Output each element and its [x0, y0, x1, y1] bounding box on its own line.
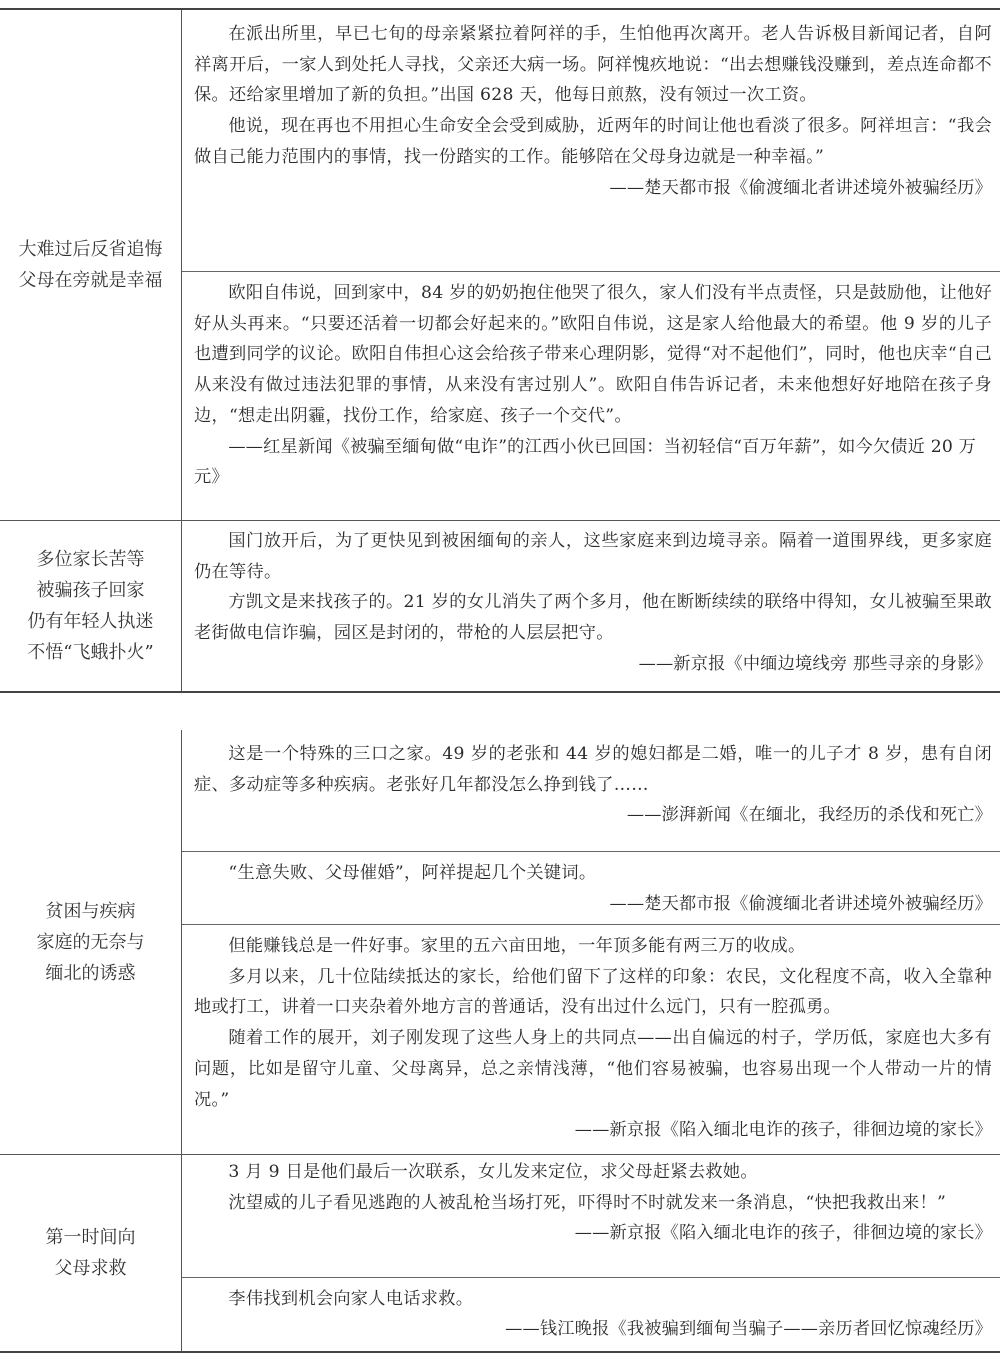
- excerpt-paragraph: 3 月 9 日是他们最后一次联系，女儿发来定位，求父母赶紧去救她。: [194, 1157, 992, 1188]
- excerpt-source: ——新京报《中缅边境线旁 那些寻亲的身影》: [194, 649, 992, 680]
- excerpt-source: ——新京报《陷入缅北电诈的孩子，徘徊边境的家长》: [194, 1115, 992, 1146]
- news-excerpt-table-1: 大难过后反省追悔 父母在旁就是幸福 在派出所里，早已七旬的母亲紧紧拉着阿祥的手，…: [0, 8, 1000, 693]
- label-line: 第一时间向: [46, 1222, 136, 1253]
- excerpt-source: ——新京报《陷入缅北电诈的孩子，徘徊边境的家长》: [194, 1218, 992, 1249]
- label-line: 多位家长苦等: [27, 544, 153, 575]
- news-excerpt-table-2: 贫困与疾病 家庭的无奈与 缅北的诱惑 这是一个特殊的三口之家。49 岁的老张和 …: [0, 730, 1000, 1353]
- excerpt-paragraph: “生意失败、父母催婚”，阿祥提起几个关键词。: [194, 858, 992, 889]
- excerpt-paragraph: 李伟找到机会向家人电话求救。: [194, 1284, 992, 1315]
- section-row: 多位家长苦等 被骗孩子回家 仍有年轻人执迷 不悟“飞蛾扑火” 国门放开后，为了更…: [0, 520, 1000, 691]
- excerpt-cell: 但能赚钱总是一件好事。家里的五六亩田地，一年顶多能有两三万的收成。 多月以来，几…: [182, 924, 1000, 1154]
- excerpt-cell: 在派出所里，早已七旬的母亲紧紧拉着阿祥的手，生怕他再次离开。老人告诉极目新闻记者…: [182, 10, 1000, 271]
- excerpt-cells: 国门放开后，为了更快见到被困缅甸的亲人，这些家庭来到边境寻亲。隔着一道围界线，更…: [182, 521, 1000, 691]
- section-row: 贫困与疾病 家庭的无奈与 缅北的诱惑 这是一个特殊的三口之家。49 岁的老张和 …: [0, 730, 1000, 1154]
- excerpt-cell: 欧阳自伟说，回到家中，84 岁的奶奶抱住他哭了很久，家人们没有半点责怪，只是鼓励…: [182, 271, 1000, 520]
- label-line: 大难过后反省追悔: [19, 234, 163, 265]
- excerpt-paragraph: 在派出所里，早已七旬的母亲紧紧拉着阿祥的手，生怕他再次离开。老人告诉极目新闻记者…: [194, 19, 992, 111]
- label-line: 不悟“飞蛾扑火”: [27, 637, 153, 668]
- excerpt-cells: 3 月 9 日是他们最后一次联系，女儿发来定位，求父母赶紧去救她。 沈望威的儿子…: [182, 1155, 1000, 1351]
- excerpt-cell: “生意失败、父母催婚”，阿祥提起几个关键词。 ——楚天都市报《偷渡缅北者讲述境外…: [182, 851, 1000, 924]
- section-label: 大难过后反省追悔 父母在旁就是幸福: [0, 10, 182, 520]
- section-label: 第一时间向 父母求救: [0, 1155, 182, 1351]
- label-line: 被骗孩子回家: [27, 575, 153, 606]
- label-line: 贫困与疾病: [37, 896, 145, 927]
- label-line: 父母求救: [46, 1253, 136, 1284]
- label-line: 缅北的诱惑: [37, 958, 145, 989]
- excerpt-paragraph: 多月以来，几十位陆续抵达的家长，给他们留下了这样的印象：农民，文化程度不高，收入…: [194, 962, 992, 1023]
- excerpt-cells: 在派出所里，早已七旬的母亲紧紧拉着阿祥的手，生怕他再次离开。老人告诉极目新闻记者…: [182, 10, 1000, 520]
- excerpt-paragraph: 他说，现在再也不用担心生命安全会受到威胁，近两年的时间让他也看淡了很多。阿祥坦言…: [194, 111, 992, 172]
- excerpt-paragraph: 随着工作的展开，刘子刚发现了这些人身上的共同点——出自偏远的村子，学历低，家庭也…: [194, 1023, 992, 1115]
- excerpt-paragraph: 欧阳自伟说，回到家中，84 岁的奶奶抱住他哭了很久，家人们没有半点责怪，只是鼓励…: [194, 278, 992, 432]
- label-line: 家庭的无奈与: [37, 927, 145, 958]
- excerpt-paragraph: 方凯文是来找孩子的。21 岁的女儿消失了两个多月，他在断断续续的联络中得知，女儿…: [194, 587, 992, 648]
- excerpt-cell: 3 月 9 日是他们最后一次联系，女儿发来定位，求父母赶紧去救她。 沈望威的儿子…: [182, 1155, 1000, 1277]
- excerpt-source: ——楚天都市报《偷渡缅北者讲述境外被骗经历》: [194, 889, 992, 920]
- excerpt-paragraph: 沈望威的儿子看见逃跑的人被乱枪当场打死，吓得时不时就发来一条消息，“快把我救出来…: [194, 1188, 992, 1219]
- excerpt-cell: 国门放开后，为了更快见到被困缅甸的亲人，这些家庭来到边境寻亲。隔着一道围界线，更…: [182, 521, 1000, 691]
- excerpt-paragraph: 这是一个特殊的三口之家。49 岁的老张和 44 岁的媳妇都是二婚，唯一的儿子才 …: [194, 739, 992, 800]
- excerpt-cell: 这是一个特殊的三口之家。49 岁的老张和 44 岁的媳妇都是二婚，唯一的儿子才 …: [182, 730, 1000, 851]
- excerpt-cell: 李伟找到机会向家人电话求救。 ——钱江晚报《我被骗到缅甸当骗子——亲历者回忆惊魂…: [182, 1277, 1000, 1351]
- section-row: 第一时间向 父母求救 3 月 9 日是他们最后一次联系，女儿发来定位，求父母赶紧…: [0, 1154, 1000, 1351]
- excerpt-paragraph: 国门放开后，为了更快见到被困缅甸的亲人，这些家庭来到边境寻亲。隔着一道围界线，更…: [194, 526, 992, 587]
- excerpt-source: ——楚天都市报《偷渡缅北者讲述境外被骗经历》: [194, 173, 992, 204]
- label-line: 父母在旁就是幸福: [19, 265, 163, 296]
- section-row: 大难过后反省追悔 父母在旁就是幸福 在派出所里，早已七旬的母亲紧紧拉着阿祥的手，…: [0, 10, 1000, 520]
- excerpt-source: ——红星新闻《被骗至缅甸做“电诈”的江西小伙已回国：当初轻信“百万年薪”，如今欠…: [194, 432, 992, 493]
- section-label: 贫困与疾病 家庭的无奈与 缅北的诱惑: [0, 730, 182, 1154]
- excerpt-cells: 这是一个特殊的三口之家。49 岁的老张和 44 岁的媳妇都是二婚，唯一的儿子才 …: [182, 730, 1000, 1154]
- excerpt-source: ——澎湃新闻《在缅北，我经历的杀伐和死亡》: [194, 800, 992, 831]
- section-label: 多位家长苦等 被骗孩子回家 仍有年轻人执迷 不悟“飞蛾扑火”: [0, 521, 182, 691]
- excerpt-paragraph: 但能赚钱总是一件好事。家里的五六亩田地，一年顶多能有两三万的收成。: [194, 931, 992, 962]
- label-line: 仍有年轻人执迷: [27, 606, 153, 637]
- excerpt-source: ——钱江晚报《我被骗到缅甸当骗子——亲历者回忆惊魂经历》: [194, 1314, 992, 1345]
